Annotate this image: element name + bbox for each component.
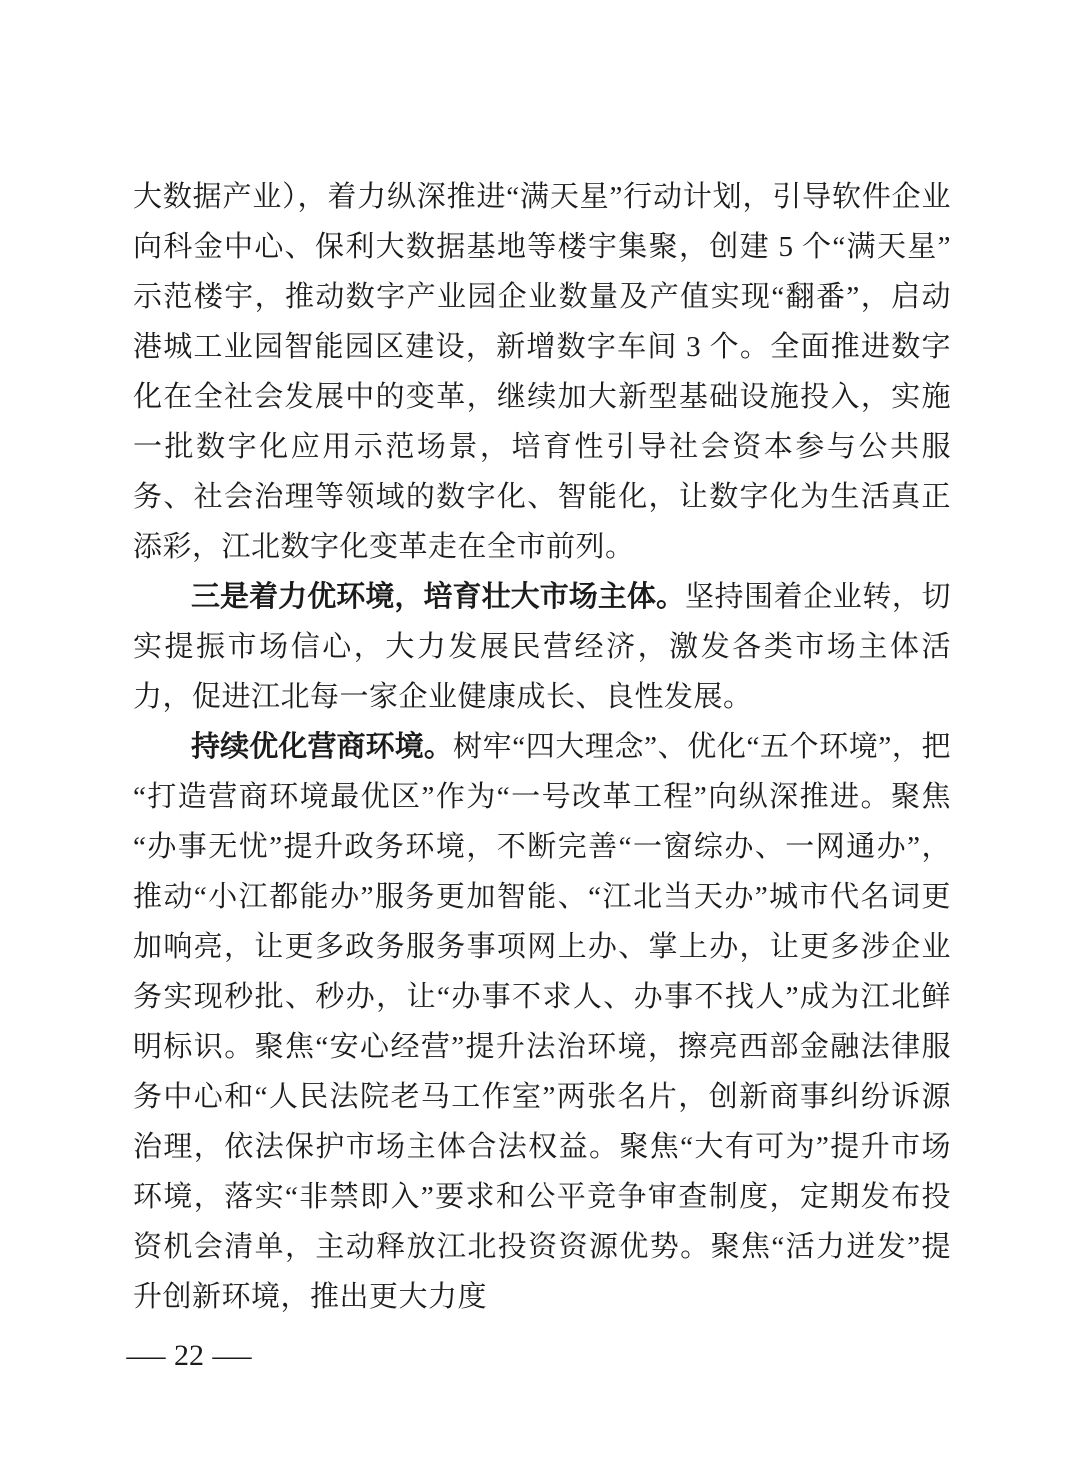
page-number: 22 bbox=[174, 1338, 204, 1374]
paragraph: 持续优化营商环境。树牢“四大理念”、优化“五个环境”，把“打造营商环境最优区”作… bbox=[133, 722, 951, 1322]
page-footer: — 22 — bbox=[131, 1338, 247, 1374]
footer-dash-right: — bbox=[213, 1338, 252, 1374]
paragraph-text: 大数据产业），着力纵深推进“满天星”行动计划，引导软件企业向科金中心、保利大数据… bbox=[133, 181, 951, 563]
paragraph-lead-bold: 持续优化营商环境。 bbox=[191, 731, 453, 763]
paragraph-text: 树牢“四大理念”、优化“五个环境”，把“打造营商环境最优区”作为“一号改革工程”… bbox=[133, 731, 951, 1313]
footer-dash-left: — bbox=[127, 1338, 166, 1374]
paragraph-lead-bold: 三是着力优环境，培育壮大市场主体。 bbox=[191, 581, 685, 613]
document-body: 大数据产业），着力纵深推进“满天星”行动计划，引导软件企业向科金中心、保利大数据… bbox=[133, 172, 951, 1322]
paragraph: 三是着力优环境，培育壮大市场主体。坚持围着企业转，切实提振市场信心，大力发展民营… bbox=[133, 572, 951, 722]
paragraph: 大数据产业），着力纵深推进“满天星”行动计划，引导软件企业向科金中心、保利大数据… bbox=[133, 172, 951, 572]
document-page: 大数据产业），着力纵深推进“满天星”行动计划，引导软件企业向科金中心、保利大数据… bbox=[0, 0, 1074, 1458]
